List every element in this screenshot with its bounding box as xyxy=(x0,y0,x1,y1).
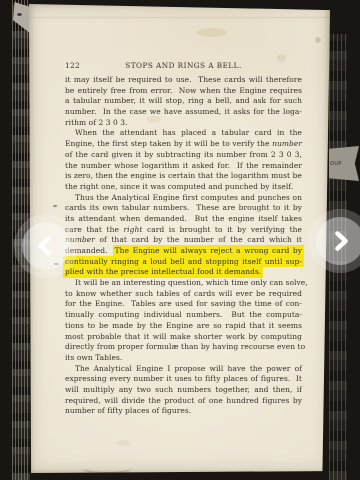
text-line: directly from proper formulæ than by hav… xyxy=(65,342,302,353)
text-line: number of fifty places of figures. xyxy=(65,406,302,417)
highlighted-text: continually ringing a loud bell and stop… xyxy=(63,256,304,267)
text-line: its own Tables. xyxy=(65,353,302,364)
text-line: a tabular number, it will stop, ring a b… xyxy=(65,96,302,107)
text-segment: the right one, since it was computed and… xyxy=(65,182,293,191)
page-stain xyxy=(117,440,130,446)
prev-page-button[interactable] xyxy=(14,214,78,278)
text-segment: is zero, then the engine is certain that… xyxy=(65,171,302,180)
text-segment: to know whether such tables of cards wil… xyxy=(65,289,302,298)
page-text: it may itself be required to use. These … xyxy=(65,75,302,417)
text-segment: Engine, the first step taken by it will … xyxy=(65,139,272,148)
running-title: STOPS AND RINGS A BELL. xyxy=(65,61,302,70)
text-segment: be entirely free from error. Now when th… xyxy=(65,86,302,95)
background-speck xyxy=(17,13,22,16)
text-segment: most probable that it will make shorter … xyxy=(65,332,302,341)
page-crease xyxy=(29,16,330,19)
text-line: the number whose logarithm it asked for.… xyxy=(65,161,302,172)
text-segment: it may itself be required to use. These … xyxy=(65,75,302,84)
text-line: plied with the precise intellectual food… xyxy=(65,267,302,278)
text-segment: cards its own tabular numbers. These are… xyxy=(65,203,302,212)
text-segment: directly from proper formulæ than by hav… xyxy=(65,342,305,351)
text-segment: will multiply any two such numbers toget… xyxy=(65,385,302,394)
text-line: Engine, the first step taken by it will … xyxy=(65,139,302,150)
background-ribbon-text: OUP xyxy=(329,161,342,167)
highlighted-text: The Engine will always reject a wrong ca… xyxy=(113,245,304,256)
text-line: tions to be made by the Engine are so ra… xyxy=(65,321,302,332)
text-segment: the number whose logarithm it asked for.… xyxy=(65,161,302,170)
text-segment: number of fifty places of figures. xyxy=(65,406,191,415)
text-line: The Analytical Engine I propose will hav… xyxy=(65,364,302,375)
text-line: cards its own tabular numbers. These are… xyxy=(65,203,302,214)
text-line: When the attendant has placed a tabular … xyxy=(65,128,302,139)
text-segment: tions to be made by the Engine are so ra… xyxy=(65,321,302,330)
text-line: will multiply any two such numbers toget… xyxy=(65,385,302,396)
text-segment: required, will divide the product of one… xyxy=(65,396,302,405)
text-line: rithm of 2 3 0 3. xyxy=(65,118,302,129)
text-segment: The Analytical Engine I propose will hav… xyxy=(75,364,302,373)
text-line: its attendant when demanded. But the eng… xyxy=(65,214,302,225)
text-line: be entirely free from error. Now when th… xyxy=(65,86,302,97)
text-segment: It will be an interesting question, whic… xyxy=(75,278,308,287)
chevron-right-icon xyxy=(316,217,360,265)
text-line: of the card given it by subtracting its … xyxy=(65,150,302,161)
text-line: expressing every number it uses to fifty… xyxy=(65,374,302,385)
text-segment: a tabular number, it will stop, ring a b… xyxy=(65,96,302,105)
text-segment: its own Tables. xyxy=(65,353,122,362)
text-segment: of that card by the number of the card w… xyxy=(95,235,302,244)
text-line: required, will divide the product of one… xyxy=(65,396,302,407)
text-segment: number. In the case we have assumed, it … xyxy=(65,107,302,116)
text-segment: its attendant when demanded. But the eng… xyxy=(65,214,302,223)
text-line: most probable that it will make shorter … xyxy=(65,332,302,343)
text-line: care that the right card is brought to i… xyxy=(65,225,302,236)
text-segment: card is brought to it by verifying the xyxy=(142,225,302,234)
chevron-left-icon xyxy=(22,222,70,270)
text-line: for the Engine. Tables are used for savi… xyxy=(65,299,302,310)
page-stain xyxy=(197,28,227,37)
text-segment: for the Engine. Tables are used for savi… xyxy=(65,299,302,308)
page-curl xyxy=(83,463,131,472)
text-line: is zero, then the engine is certain that… xyxy=(65,171,302,182)
text-segment: right xyxy=(124,225,143,234)
text-segment: tinually computing individual numbers. B… xyxy=(65,310,302,319)
text-line: it may itself be required to use. These … xyxy=(65,75,302,86)
margin-mark xyxy=(53,205,57,207)
text-line: It will be an interesting question, whic… xyxy=(65,278,302,289)
text-line: number. In the case we have assumed, it … xyxy=(65,107,302,118)
text-segment: rithm of 2 3 0 3. xyxy=(65,118,127,127)
page-stain xyxy=(315,37,321,43)
text-segment: number xyxy=(272,139,302,148)
text-segment: of the card given it by subtracting its … xyxy=(65,150,302,159)
background-ribbon: OUP xyxy=(329,146,359,181)
text-line: Thus the Analytical Engine first compute… xyxy=(65,193,302,204)
page-header: 122 STOPS AND RINGS A BELL. xyxy=(65,61,302,71)
text-line: to know whether such tables of cards wil… xyxy=(65,289,302,300)
highlighted-text: plied with the precise intellectual food… xyxy=(63,266,263,277)
text-line: the right one, since it was computed and… xyxy=(65,182,302,193)
text-segment: Thus the Analytical Engine first compute… xyxy=(75,193,302,202)
text-segment: expressing every number it uses to fifty… xyxy=(65,374,302,383)
text-segment: When the attendant has placed a tabular … xyxy=(75,128,302,137)
text-line: tinually computing individual numbers. B… xyxy=(65,310,302,321)
